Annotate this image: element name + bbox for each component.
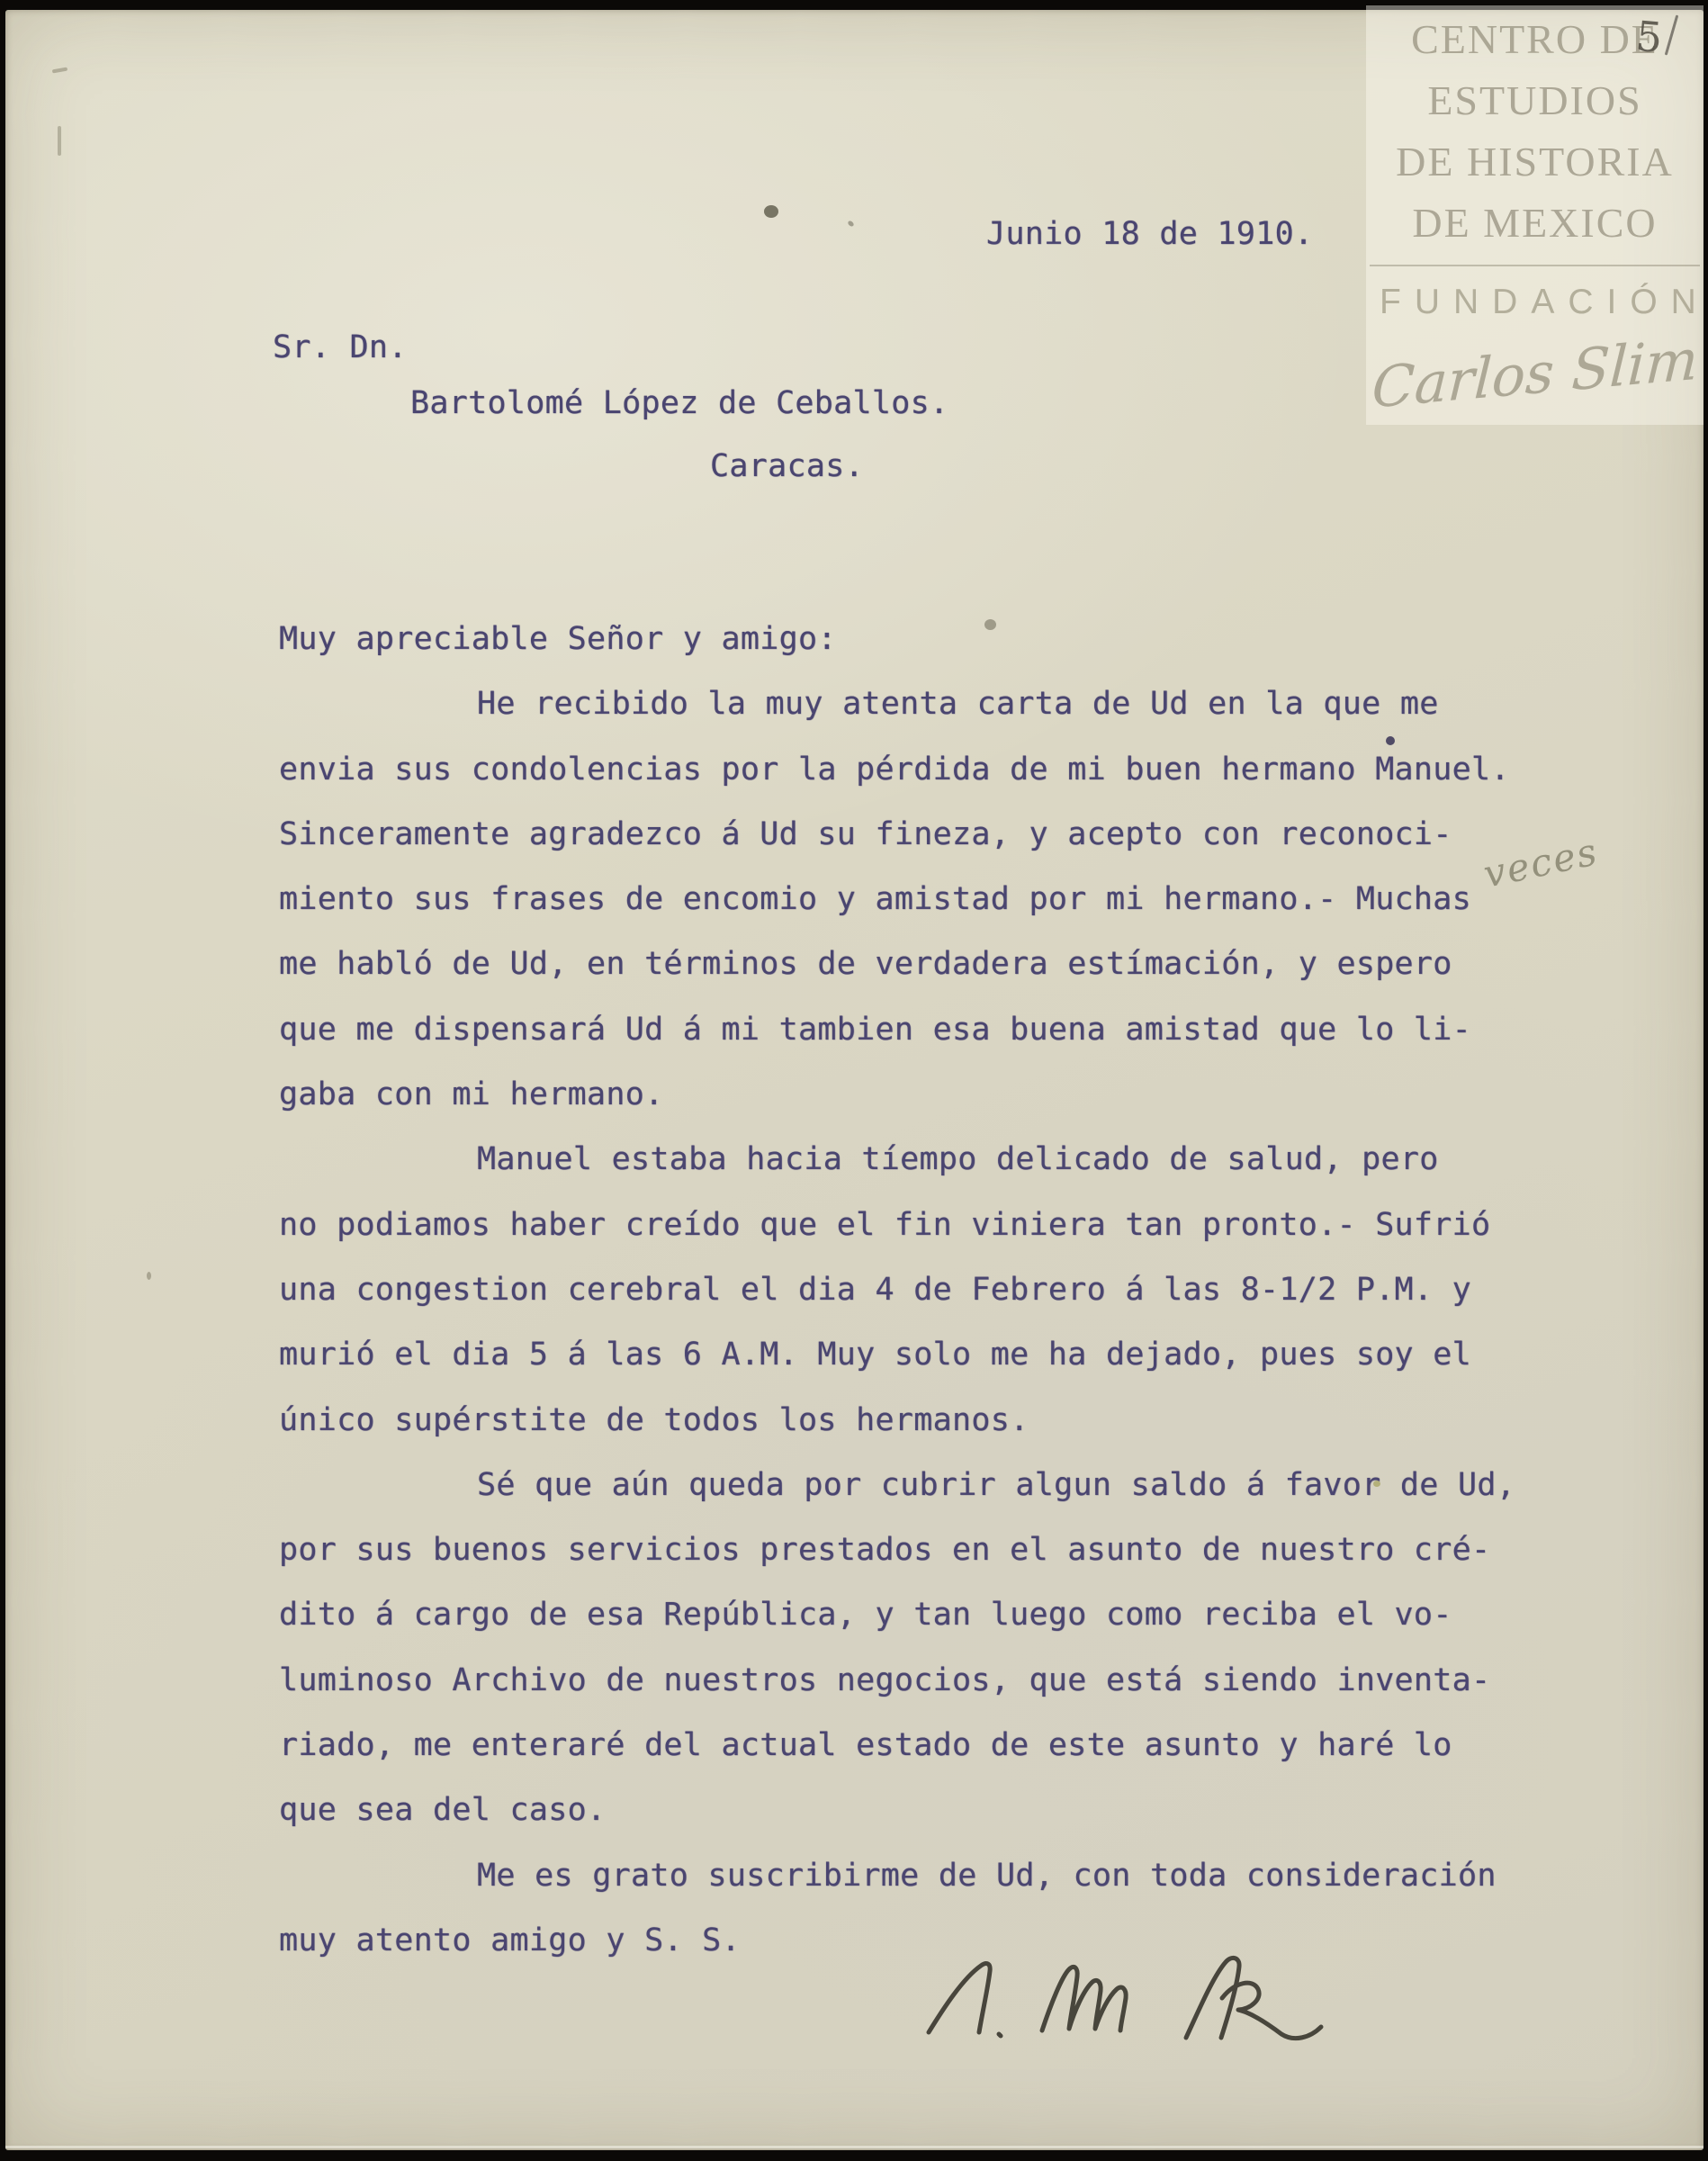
archive-watermark: CENTRO DE ESTUDIOS DE HISTORIA DE MEXICO… <box>1366 5 1704 425</box>
watermark-divider <box>1370 265 1700 266</box>
letter-line: envia sus condolencias por la pérdida de… <box>279 737 1593 802</box>
paper-speck <box>1373 1481 1380 1487</box>
scanned-letter-view: CENTRO DE ESTUDIOS DE HISTORIA DE MEXICO… <box>0 0 1708 2161</box>
letter-line: gaba con mi hermano. <box>279 1062 1593 1127</box>
letter-date: Junio 18 de 1910. <box>986 216 1313 252</box>
letter-line: me habló de Ud, en términos de verdadera… <box>279 932 1593 996</box>
letter-line: miento sus frases de encomio y amistad p… <box>279 867 1593 932</box>
signature-autograph <box>916 1955 1384 2054</box>
letter-line: Muy apreciable Señor y amigo: <box>279 607 1593 671</box>
letter-line: único supérstite de todos los hermanos. <box>279 1388 1593 1453</box>
paper-speck <box>147 1272 151 1280</box>
letter-line: luminoso Archivo de nuestros negocios, q… <box>279 1648 1593 1713</box>
letter-line: He recibido la muy atenta carta de Ud en… <box>279 671 1593 736</box>
carlos-slim-logo-script: Carlos Slim <box>1371 325 1708 420</box>
watermark-line: DE MEXICO <box>1366 193 1704 254</box>
paper-edge <box>5 2146 1704 2148</box>
ink-dot <box>1386 736 1395 745</box>
watermark-line: DE HISTORIA <box>1366 131 1704 193</box>
recipient-name: Bartolomé López de Ceballos. <box>410 385 948 421</box>
letter-line: una congestion cerebral el dia 4 de Febr… <box>279 1257 1593 1322</box>
letter-line: dito á cargo de esa República, y tan lue… <box>279 1582 1593 1647</box>
letter-line: que sea del caso. <box>279 1778 1593 1842</box>
recipient-prefix: Sr. Dn. <box>273 329 408 365</box>
letter-line: por sus buenos servicios prestados en el… <box>279 1517 1593 1582</box>
letter-line: murió el dia 5 á las 6 A.M. Muy solo me … <box>279 1322 1593 1387</box>
letter-line: Sé que aún queda por cubrir algun saldo … <box>279 1453 1593 1517</box>
page-number-annotation: 5 <box>1634 12 1665 62</box>
letter-line: riado, me enteraré del actual estado de … <box>279 1713 1593 1778</box>
letter-line: Manuel estaba hacia tíempo delicado de s… <box>279 1127 1593 1192</box>
recipient-city: Caracas. <box>710 448 864 484</box>
letter-line: Sinceramente agradezco á Ud su fineza, y… <box>279 802 1593 867</box>
letter-line: no podiamos haber creído que el fin vini… <box>279 1193 1593 1257</box>
pencil-dot <box>984 619 996 630</box>
ink-speck <box>764 205 778 218</box>
letter-line: Me es grato suscribirme de Ud, con toda … <box>279 1843 1593 1908</box>
pin-mark <box>58 126 61 156</box>
letter-body: Muy apreciable Señor y amigo:He recibido… <box>279 607 1593 1973</box>
watermark-line: ESTUDIOS <box>1366 70 1704 131</box>
watermark-foundation-label: FUNDACIÓN <box>1366 283 1704 322</box>
letter-line: que me dispensará Ud á mi tambien esa bu… <box>279 997 1593 1062</box>
